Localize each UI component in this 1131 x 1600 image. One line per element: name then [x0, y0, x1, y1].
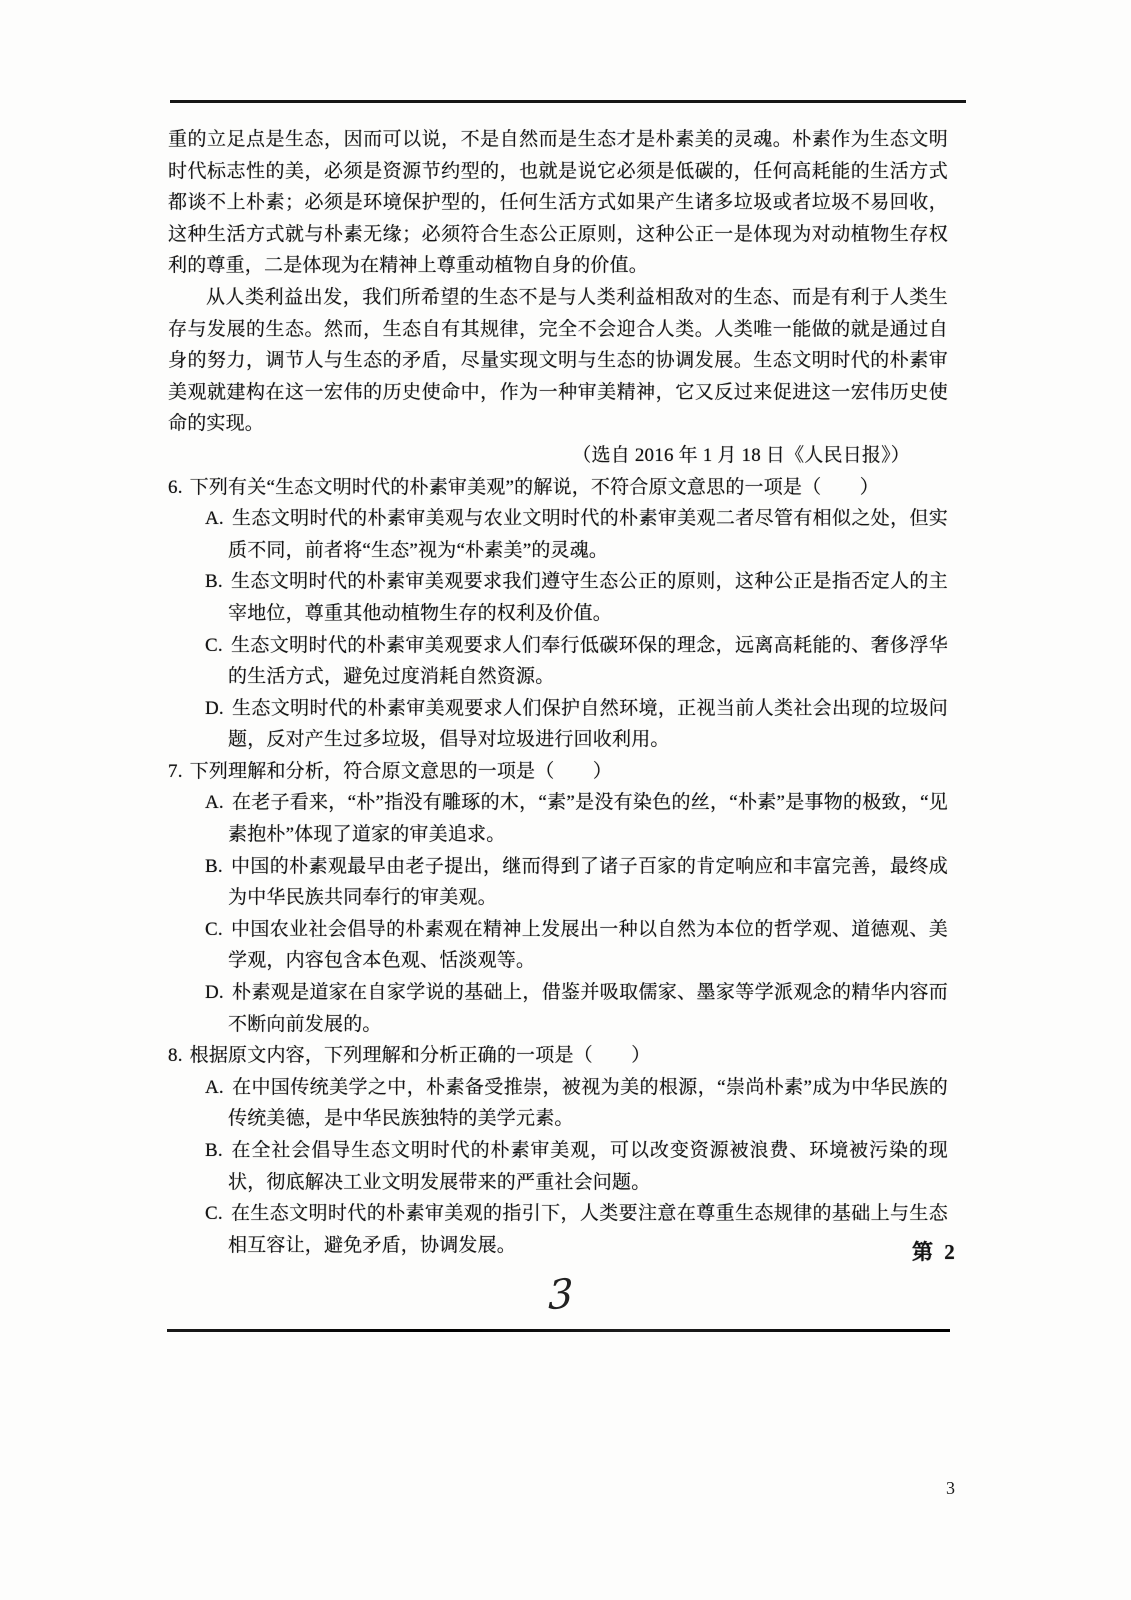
- option-text: 生态文明时代的朴素审美观与农业文明时代的朴素审美观二者尽管有相似之处，但实质不同…: [228, 508, 948, 561]
- scanned-exam-page: 重的立足点是生态，因而可以说，不是自然而是生态才是朴素美的灵魂。朴素作为生态文明…: [0, 0, 1131, 1600]
- body-paragraph-2: 从人类利益出发，我们所希望的生态不是与人类利益相敌对的生态、而是有利于人类生存与…: [168, 282, 948, 440]
- top-divider-line: [170, 100, 966, 103]
- question-6-option-b: B.生态文明时代的朴素审美观要求我们遵守生态公正的原则，这种公正是指否定人的主宰…: [168, 566, 948, 629]
- bottom-divider-line: [167, 1329, 950, 1332]
- option-label: B.: [205, 1140, 223, 1161]
- option-label: A.: [205, 792, 224, 813]
- option-text: 生态文明时代的朴素审美观要求人们奉行低碳环保的理念，远离高耗能的、奢侈浮华的生活…: [228, 635, 948, 688]
- question-7-option-a: A.在老子看来，“朴”指没有雕琢的木，“素”是没有染色的丝，“朴素”是事物的极致…: [168, 787, 948, 850]
- option-text: 生态文明时代的朴素审美观要求我们遵守生态公正的原则，这种公正是指否定人的主宰地位…: [228, 571, 948, 624]
- option-label: D.: [205, 698, 224, 719]
- option-text: 朴素观是道家在自家学说的基础上，借鉴并吸取儒家、墨家等学派观念的精华内容而不断向…: [228, 982, 948, 1035]
- question-6-option-d: D.生态文明时代的朴素审美观要求人们保护自然环境，正视当前人类社会出现的垃圾问题…: [168, 693, 948, 756]
- question-stem-text: 下列理解和分析，符合原文意思的一项是（ ）: [190, 761, 612, 782]
- option-text: 中国的朴素观最早由老子提出，继而得到了诸子百家的肯定响应和丰富完善，最终成为中华…: [228, 856, 948, 909]
- option-label: A.: [205, 1077, 224, 1098]
- page-content: 重的立足点是生态，因而可以说，不是自然而是生态才是朴素美的灵魂。朴素作为生态文明…: [168, 124, 948, 1261]
- question-6-option-a: A.生态文明时代的朴素审美观与农业文明时代的朴素审美观二者尽管有相似之处，但实质…: [168, 503, 948, 566]
- question-number: 7.: [168, 761, 183, 782]
- option-text: 在生态文明时代的朴素审美观的指引下，人类要注意在尊重生态规律的基础上与生态相互容…: [228, 1203, 948, 1256]
- option-label: A.: [205, 508, 224, 529]
- question-number: 8.: [168, 1045, 183, 1066]
- option-label: B.: [205, 571, 223, 592]
- question-8: 8.根据原文内容，下列理解和分析正确的一项是（ ） A.在中国传统美学之中，朴素…: [168, 1040, 948, 1261]
- option-text: 在中国传统美学之中，朴素备受推崇，被视为美的根源，“崇尚朴素”成为中华民族的传统…: [228, 1077, 948, 1130]
- option-text: 中国农业社会倡导的朴素观在精神上发展出一种以自然为本位的哲学观、道德观、美学观，…: [228, 919, 948, 972]
- option-label: D.: [205, 982, 224, 1003]
- question-8-stem: 8.根据原文内容，下列理解和分析正确的一项是（ ）: [168, 1040, 948, 1072]
- question-7-stem: 7.下列理解和分析，符合原文意思的一项是（ ）: [168, 756, 948, 788]
- question-8-option-c: C.在生态文明时代的朴素审美观的指引下，人类要注意在尊重生态规律的基础上与生态相…: [168, 1198, 948, 1261]
- body-paragraph-1: 重的立足点是生态，因而可以说，不是自然而是生态才是朴素美的灵魂。朴素作为生态文明…: [168, 124, 948, 282]
- question-stem-text: 根据原文内容，下列理解和分析正确的一项是（ ）: [190, 1045, 651, 1066]
- option-label: C.: [205, 1203, 223, 1224]
- question-8-option-a: A.在中国传统美学之中，朴素备受推崇，被视为美的根源，“崇尚朴素”成为中华民族的…: [168, 1072, 948, 1135]
- option-label: C.: [205, 635, 223, 656]
- option-text: 在全社会倡导生态文明时代的朴素审美观，可以改变资源被浪费、环境被污染的现状，彻底…: [228, 1140, 948, 1193]
- question-6-stem: 6.下列有关“生态文明时代的朴素审美观”的解说，不符合原文意思的一项是（ ）: [168, 472, 948, 504]
- question-stem-text: 下列有关“生态文明时代的朴素审美观”的解说，不符合原文意思的一项是（ ）: [190, 477, 879, 498]
- question-7-option-b: B.中国的朴素观最早由老子提出，继而得到了诸子百家的肯定响应和丰富完善，最终成为…: [168, 851, 948, 914]
- question-number: 6.: [168, 477, 183, 498]
- option-label: C.: [205, 919, 223, 940]
- option-text: 生态文明时代的朴素审美观要求人们保护自然环境，正视当前人类社会出现的垃圾问题，反…: [228, 698, 948, 751]
- question-6-option-c: C.生态文明时代的朴素审美观要求人们奉行低碳环保的理念，远离高耗能的、奢侈浮华的…: [168, 630, 948, 693]
- page-number: 3: [946, 1478, 955, 1499]
- sheet-page-label: 第 2: [912, 1236, 958, 1266]
- question-7: 7.下列理解和分析，符合原文意思的一项是（ ） A.在老子看来，“朴”指没有雕琢…: [168, 756, 948, 1040]
- question-7-option-d: D.朴素观是道家在自家学说的基础上，借鉴并吸取儒家、墨家等学派观念的精华内容而不…: [168, 977, 948, 1040]
- question-8-option-b: B.在全社会倡导生态文明时代的朴素审美观，可以改变资源被浪费、环境被污染的现状，…: [168, 1135, 948, 1198]
- question-6: 6.下列有关“生态文明时代的朴素审美观”的解说，不符合原文意思的一项是（ ） A…: [168, 472, 948, 756]
- question-7-option-c: C.中国农业社会倡导的朴素观在精神上发展出一种以自然为本位的哲学观、道德观、美学…: [168, 914, 948, 977]
- option-text: 在老子看来，“朴”指没有雕琢的木，“素”是没有染色的丝，“朴素”是事物的极致，“…: [228, 792, 948, 845]
- option-label: B.: [205, 856, 223, 877]
- source-citation: （选自 2016 年 1 月 18 日《人民日报》）: [168, 440, 948, 472]
- handwritten-mark: 3: [548, 1271, 573, 1320]
